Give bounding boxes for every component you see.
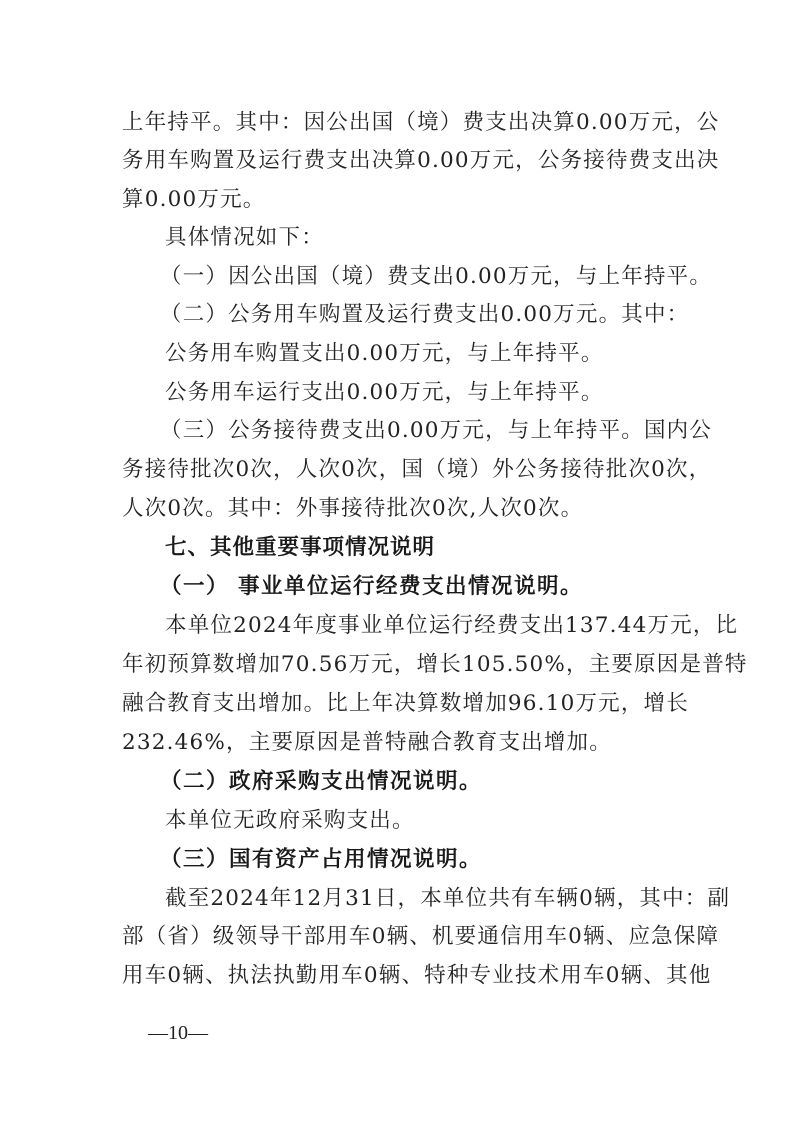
paragraph-line: 232.46%，主要原因是普特融合教育支出增加。 [122,730,612,756]
paragraph-line: 用车0辆、执法执勤用车0辆、特种专业技术用车0辆、其他 [122,963,711,989]
list-item-two: （二）公务用车购置及运行费支出0.00万元。其中： [160,302,689,328]
paragraph-line: 上年持平。其中：因公出国（境）费支出决算0.00万元，公 [122,110,719,136]
subsection-heading: （三）国有资产占用情况说明。 [160,847,482,873]
section-heading: 七、其他重要事项情况说明 [165,535,435,561]
paragraph-line: 部（省）级领导干部用车0辆、机要通信用车0辆、应急保障 [122,924,719,950]
subsection-heading: （一） 事业单位运行经费支出情况说明。 [160,574,583,600]
document-page: 上年持平。其中：因公出国（境）费支出决算0.00万元，公 务用车购置及运行费支出… [0,0,800,1131]
paragraph-line: 本单位2024年度事业单位运行经费支出137.44万元，比 [165,613,738,639]
paragraph-line: 具体情况如下： [165,225,324,251]
paragraph-line: 融合教育支出增加。比上年决算数增加96.10万元，增长 [122,691,689,717]
paragraph-line: 务接待批次0次，人次0次，国（境）外公务接待批次0次， [122,457,711,483]
paragraph-line: 本单位无政府采购支出。 [165,808,415,834]
paragraph-line: 公务用车运行支出0.00万元，与上年持平。 [165,380,604,406]
paragraph-line: 人次0次。其中：外事接待批次0次,人次0次。 [122,496,583,522]
paragraph-line: 算0.00万元。 [122,187,265,213]
page-number: —10— [148,1022,208,1045]
paragraph-line: 年初预算数增加70.56万元，增长105.50%，主要原因是普特 [122,652,748,678]
paragraph-line: 公务用车购置支出0.00万元，与上年持平。 [165,341,604,367]
subsection-heading: （二）政府采购支出情况说明。 [160,769,482,795]
paragraph-line: 截至2024年12月31日，本单位共有车辆0辆，其中：副 [165,886,730,912]
list-item-one: （一）因公出国（境）费支出0.00万元，与上年持平。 [160,264,712,290]
paragraph-line: 务用车购置及运行费支出决算0.00万元，公务接待费支出决 [122,148,719,174]
list-item-three: （三）公务接待费支出0.00万元，与上年持平。国内公 [160,418,712,444]
